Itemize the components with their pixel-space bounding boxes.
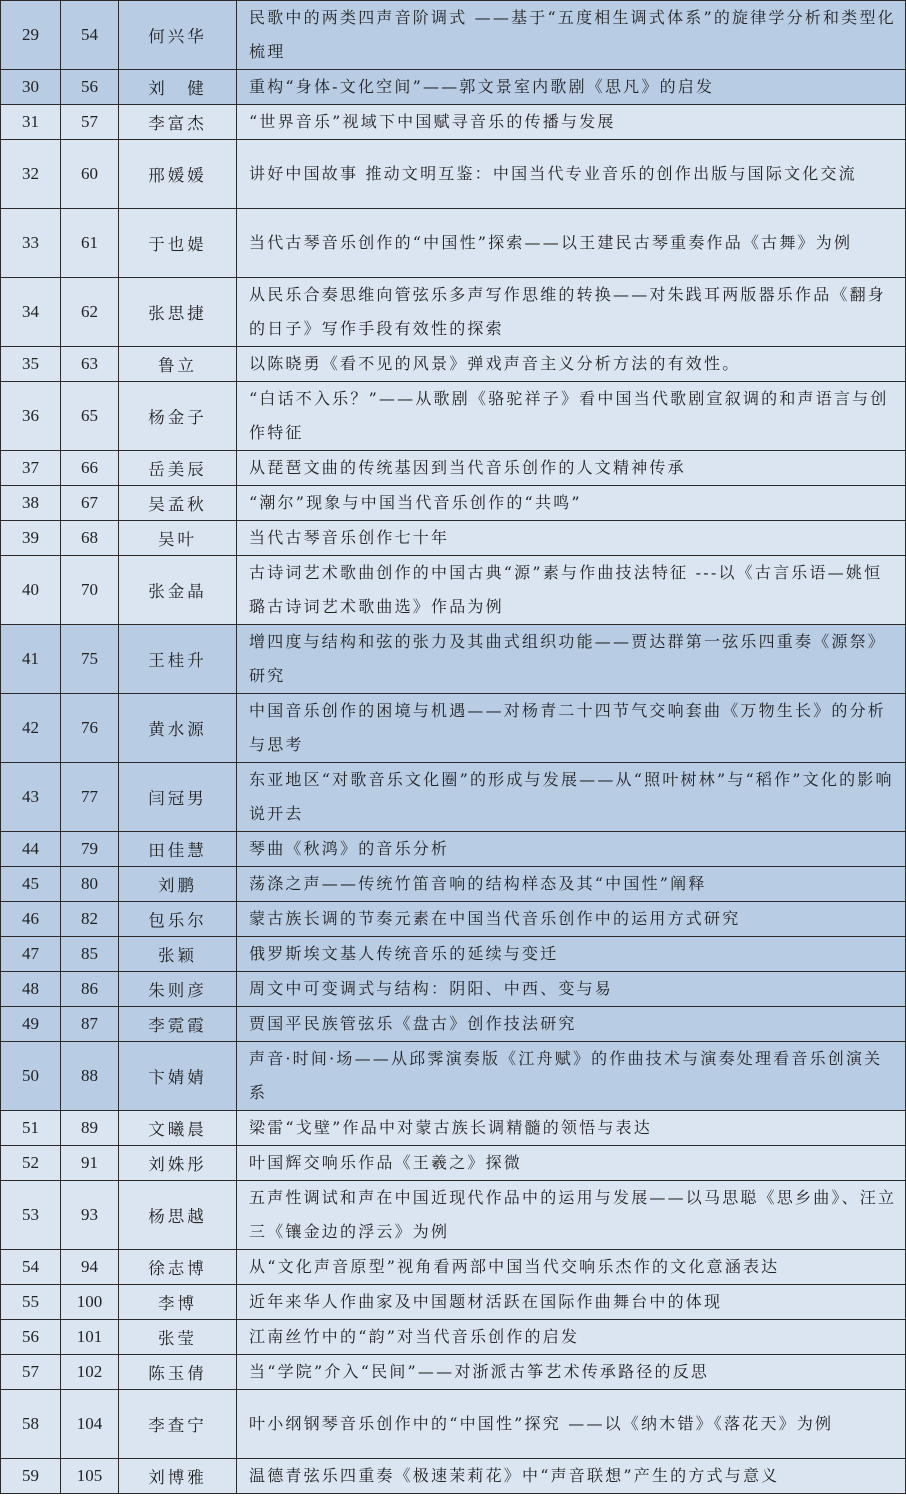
table-row: 55 100 李博 近年来华人作曲家及中国题材活跃在国际作曲舞台中的体现 [1, 1285, 906, 1320]
row-index-cell: 44 [1, 832, 61, 867]
table-row: 47 85 张颖 俄罗斯埃文基人传统音乐的延续与变迁 [1, 937, 906, 972]
row-index-cell: 49 [1, 1007, 61, 1042]
author-name-cell: 张颖 [119, 937, 237, 972]
table-row: 41 75 王桂升 增四度与结构和弦的张力及其曲式组织功能——贾达群第一弦乐四重… [1, 625, 906, 694]
paper-title-cell: 增四度与结构和弦的张力及其曲式组织功能——贾达群第一弦乐四重奏《源祭》研究 [237, 625, 906, 694]
paper-title-cell: 古诗词艺术歌曲创作的中国古典“源”素与作曲技法特征 ---以《古言乐语—姚恒璐古… [237, 556, 906, 625]
author-name-cell: 杨金子 [119, 382, 237, 451]
table-row: 33 61 于也媞 当代古琴音乐创作的“中国性”探索——以王建民古琴重奏作品《古… [1, 209, 906, 278]
table-row: 51 89 文曦晨 梁雷“戈壁”作品中对蒙古族长调精髓的领悟与表达 [1, 1111, 906, 1146]
table-row: 40 70 张金晶 古诗词艺术歌曲创作的中国古典“源”素与作曲技法特征 ---以… [1, 556, 906, 625]
row-index-cell: 43 [1, 763, 61, 832]
paper-title-cell: 贾国平民族管弦乐《盘古》创作技法研究 [237, 1007, 906, 1042]
table-row: 36 65 杨金子 “白话不入乐？”——从歌剧《骆驼祥子》看中国当代歌剧宣叙调的… [1, 382, 906, 451]
table-row: 30 56 刘 健 重构“身体-文化空间”——郭文景室内歌剧《思凡》的启发 [1, 70, 906, 105]
table-row: 50 88 卞婧婧 声音·时间·场——从邱霁演奏版《江舟赋》的作曲技术与演奏处理… [1, 1042, 906, 1111]
paper-number-cell: 102 [61, 1355, 119, 1390]
author-name-cell: 田佳慧 [119, 832, 237, 867]
table-row: 35 63 鲁立 以陈晓勇《看不见的风景》弹戏声音主义分析方法的有效性。 [1, 347, 906, 382]
paper-number-cell: 63 [61, 347, 119, 382]
author-name-cell: 刘姝彤 [119, 1146, 237, 1181]
paper-title-cell: 当“学院”介入“民间”——对浙派古筝艺术传承路径的反思 [237, 1355, 906, 1390]
author-name-cell: 何兴华 [119, 1, 237, 70]
paper-title-cell: 五声性调试和声在中国近现代作品中的运用与发展——以马思聪《思乡曲》、汪立三《镶金… [237, 1181, 906, 1250]
table-row: 37 66 岳美辰 从琵琶文曲的传统基因到当代音乐创作的人文精神传承 [1, 451, 906, 486]
table-row: 58 104 李查宁 叶小纲钢琴音乐创作中的“中国性”探究 ——以《纳木错》《落… [1, 1390, 906, 1459]
author-name-cell: 闫冠男 [119, 763, 237, 832]
paper-number-cell: 85 [61, 937, 119, 972]
row-index-cell: 55 [1, 1285, 61, 1320]
paper-number-cell: 93 [61, 1181, 119, 1250]
table-row: 59 105 刘博雅 温德青弦乐四重奏《极速茉莉花》中“声音联想”产生的方式与意… [1, 1459, 906, 1494]
author-name-cell: 吴孟秋 [119, 486, 237, 521]
paper-title-cell: 俄罗斯埃文基人传统音乐的延续与变迁 [237, 937, 906, 972]
table-row: 45 80 刘鹏 荡涤之声——传统竹笛音响的结构样态及其“中国性”阐释 [1, 867, 906, 902]
paper-number-cell: 56 [61, 70, 119, 105]
author-name-cell: 吴叶 [119, 521, 237, 556]
author-name-cell: 张金晶 [119, 556, 237, 625]
row-index-cell: 30 [1, 70, 61, 105]
row-index-cell: 56 [1, 1320, 61, 1355]
paper-number-cell: 100 [61, 1285, 119, 1320]
paper-title-cell: “世界音乐”视域下中国赋寻音乐的传播与发展 [237, 105, 906, 140]
row-index-cell: 40 [1, 556, 61, 625]
table-row: 48 86 朱则彦 周文中可变调式与结构：阴阳、中西、变与易 [1, 972, 906, 1007]
row-index-cell: 42 [1, 694, 61, 763]
paper-number-cell: 75 [61, 625, 119, 694]
paper-title-cell: “潮尔”现象与中国当代音乐创作的“共鸣” [237, 486, 906, 521]
paper-title-cell: 从民乐合奏思维向管弦乐多声写作思维的转换——对朱践耳两版器乐作品《翻身的日子》写… [237, 278, 906, 347]
table-row: 32 60 邢媛媛 讲好中国故事 推动文明互鉴：中国当代专业音乐的创作出版与国际… [1, 140, 906, 209]
row-index-cell: 53 [1, 1181, 61, 1250]
author-name-cell: 李富杰 [119, 105, 237, 140]
author-name-cell: 邢媛媛 [119, 140, 237, 209]
paper-number-cell: 86 [61, 972, 119, 1007]
table-row: 46 82 包乐尔 蒙古族长调的节奏元素在中国当代音乐创作中的运用方式研究 [1, 902, 906, 937]
paper-number-cell: 94 [61, 1250, 119, 1285]
row-index-cell: 52 [1, 1146, 61, 1181]
paper-number-cell: 61 [61, 209, 119, 278]
paper-number-cell: 66 [61, 451, 119, 486]
paper-number-cell: 88 [61, 1042, 119, 1111]
paper-number-cell: 104 [61, 1390, 119, 1459]
author-name-cell: 文曦晨 [119, 1111, 237, 1146]
row-index-cell: 36 [1, 382, 61, 451]
paper-title-cell: 讲好中国故事 推动文明互鉴：中国当代专业音乐的创作出版与国际文化交流 [237, 140, 906, 209]
paper-title-cell: 重构“身体-文化空间”——郭文景室内歌剧《思凡》的启发 [237, 70, 906, 105]
row-index-cell: 38 [1, 486, 61, 521]
paper-number-cell: 79 [61, 832, 119, 867]
paper-title-cell: “白话不入乐？”——从歌剧《骆驼祥子》看中国当代歌剧宣叙调的和声语言与创作特征 [237, 382, 906, 451]
paper-title-cell: 荡涤之声——传统竹笛音响的结构样态及其“中国性”阐释 [237, 867, 906, 902]
table-row: 31 57 李富杰 “世界音乐”视域下中国赋寻音乐的传播与发展 [1, 105, 906, 140]
row-index-cell: 51 [1, 1111, 61, 1146]
row-index-cell: 39 [1, 521, 61, 556]
author-name-cell: 杨思越 [119, 1181, 237, 1250]
author-name-cell: 王桂升 [119, 625, 237, 694]
row-index-cell: 46 [1, 902, 61, 937]
row-index-cell: 48 [1, 972, 61, 1007]
paper-list-table: 29 54 何兴华 民歌中的两类四声音阶调式 ——基于“五度相生调式体系”的旋律… [0, 0, 906, 1494]
author-name-cell: 朱则彦 [119, 972, 237, 1007]
table-row: 34 62 张思捷 从民乐合奏思维向管弦乐多声写作思维的转换——对朱践耳两版器乐… [1, 278, 906, 347]
row-index-cell: 31 [1, 105, 61, 140]
table-body: 29 54 何兴华 民歌中的两类四声音阶调式 ——基于“五度相生调式体系”的旋律… [1, 1, 906, 1494]
paper-title-cell: 中国音乐创作的困境与机遇——对杨青二十四节气交响套曲《万物生长》的分析与思考 [237, 694, 906, 763]
paper-title-cell: 梁雷“戈壁”作品中对蒙古族长调精髓的领悟与表达 [237, 1111, 906, 1146]
table-row: 44 79 田佳慧 琴曲《秋鸿》的音乐分析 [1, 832, 906, 867]
paper-number-cell: 70 [61, 556, 119, 625]
author-name-cell: 张莹 [119, 1320, 237, 1355]
paper-number-cell: 60 [61, 140, 119, 209]
row-index-cell: 57 [1, 1355, 61, 1390]
author-name-cell: 刘博雅 [119, 1459, 237, 1494]
row-index-cell: 58 [1, 1390, 61, 1459]
table-row: 53 93 杨思越 五声性调试和声在中国近现代作品中的运用与发展——以马思聪《思… [1, 1181, 906, 1250]
author-name-cell: 刘 健 [119, 70, 237, 105]
author-name-cell: 李查宁 [119, 1390, 237, 1459]
author-name-cell: 李博 [119, 1285, 237, 1320]
table-row: 57 102 陈玉倩 当“学院”介入“民间”——对浙派古筝艺术传承路径的反思 [1, 1355, 906, 1390]
paper-title-cell: 当代古琴音乐创作的“中国性”探索——以王建民古琴重奏作品《古舞》为例 [237, 209, 906, 278]
table-row: 52 91 刘姝彤 叶国辉交响乐作品《王羲之》探微 [1, 1146, 906, 1181]
paper-number-cell: 65 [61, 382, 119, 451]
paper-number-cell: 101 [61, 1320, 119, 1355]
table-row: 39 68 吴叶 当代古琴音乐创作七十年 [1, 521, 906, 556]
paper-number-cell: 89 [61, 1111, 119, 1146]
table-row: 49 87 李霓霞 贾国平民族管弦乐《盘古》创作技法研究 [1, 1007, 906, 1042]
author-name-cell: 鲁立 [119, 347, 237, 382]
row-index-cell: 54 [1, 1250, 61, 1285]
paper-number-cell: 80 [61, 867, 119, 902]
paper-number-cell: 68 [61, 521, 119, 556]
author-name-cell: 刘鹏 [119, 867, 237, 902]
paper-title-cell: 民歌中的两类四声音阶调式 ——基于“五度相生调式体系”的旋律学分析和类型化梳理 [237, 1, 906, 70]
paper-title-cell: 叶国辉交响乐作品《王羲之》探微 [237, 1146, 906, 1181]
paper-title-cell: 当代古琴音乐创作七十年 [237, 521, 906, 556]
paper-number-cell: 57 [61, 105, 119, 140]
author-name-cell: 徐志博 [119, 1250, 237, 1285]
paper-title-cell: 声音·时间·场——从邱霁演奏版《江舟赋》的作曲技术与演奏处理看音乐创演关系 [237, 1042, 906, 1111]
author-name-cell: 岳美辰 [119, 451, 237, 486]
paper-title-cell: 以陈晓勇《看不见的风景》弹戏声音主义分析方法的有效性。 [237, 347, 906, 382]
paper-title-cell: 温德青弦乐四重奏《极速茉莉花》中“声音联想”产生的方式与意义 [237, 1459, 906, 1494]
paper-number-cell: 67 [61, 486, 119, 521]
paper-number-cell: 77 [61, 763, 119, 832]
row-index-cell: 32 [1, 140, 61, 209]
row-index-cell: 35 [1, 347, 61, 382]
row-index-cell: 33 [1, 209, 61, 278]
author-name-cell: 于也媞 [119, 209, 237, 278]
paper-number-cell: 62 [61, 278, 119, 347]
paper-number-cell: 105 [61, 1459, 119, 1494]
paper-title-cell: 从琵琶文曲的传统基因到当代音乐创作的人文精神传承 [237, 451, 906, 486]
table-row: 42 76 黄水源 中国音乐创作的困境与机遇——对杨青二十四节气交响套曲《万物生… [1, 694, 906, 763]
author-name-cell: 张思捷 [119, 278, 237, 347]
row-index-cell: 45 [1, 867, 61, 902]
row-index-cell: 47 [1, 937, 61, 972]
author-name-cell: 陈玉倩 [119, 1355, 237, 1390]
row-index-cell: 41 [1, 625, 61, 694]
paper-number-cell: 82 [61, 902, 119, 937]
paper-title-cell: 江南丝竹中的“韵”对当代音乐创作的启发 [237, 1320, 906, 1355]
paper-title-cell: 蒙古族长调的节奏元素在中国当代音乐创作中的运用方式研究 [237, 902, 906, 937]
paper-title-cell: 琴曲《秋鸿》的音乐分析 [237, 832, 906, 867]
row-index-cell: 34 [1, 278, 61, 347]
paper-number-cell: 87 [61, 1007, 119, 1042]
author-name-cell: 包乐尔 [119, 902, 237, 937]
paper-title-cell: 从“文化声音原型”视角看两部中国当代交响乐杰作的文化意涵表达 [237, 1250, 906, 1285]
table-row: 54 94 徐志博 从“文化声音原型”视角看两部中国当代交响乐杰作的文化意涵表达 [1, 1250, 906, 1285]
row-index-cell: 29 [1, 1, 61, 70]
table-row: 38 67 吴孟秋 “潮尔”现象与中国当代音乐创作的“共鸣” [1, 486, 906, 521]
row-index-cell: 59 [1, 1459, 61, 1494]
paper-title-cell: 周文中可变调式与结构：阴阳、中西、变与易 [237, 972, 906, 1007]
paper-number-cell: 54 [61, 1, 119, 70]
paper-title-cell: 近年来华人作曲家及中国题材活跃在国际作曲舞台中的体现 [237, 1285, 906, 1320]
author-name-cell: 卞婧婧 [119, 1042, 237, 1111]
row-index-cell: 50 [1, 1042, 61, 1111]
author-name-cell: 黄水源 [119, 694, 237, 763]
row-index-cell: 37 [1, 451, 61, 486]
table-row: 43 77 闫冠男 东亚地区“对歌音乐文化圈”的形成与发展——从“照叶树林”与“… [1, 763, 906, 832]
table-row: 29 54 何兴华 民歌中的两类四声音阶调式 ——基于“五度相生调式体系”的旋律… [1, 1, 906, 70]
paper-number-cell: 91 [61, 1146, 119, 1181]
paper-title-cell: 东亚地区“对歌音乐文化圈”的形成与发展——从“照叶树林”与“稻作”文化的影响说开… [237, 763, 906, 832]
paper-title-cell: 叶小纲钢琴音乐创作中的“中国性”探究 ——以《纳木错》《落花天》为例 [237, 1390, 906, 1459]
table-row: 56 101 张莹 江南丝竹中的“韵”对当代音乐创作的启发 [1, 1320, 906, 1355]
paper-number-cell: 76 [61, 694, 119, 763]
author-name-cell: 李霓霞 [119, 1007, 237, 1042]
